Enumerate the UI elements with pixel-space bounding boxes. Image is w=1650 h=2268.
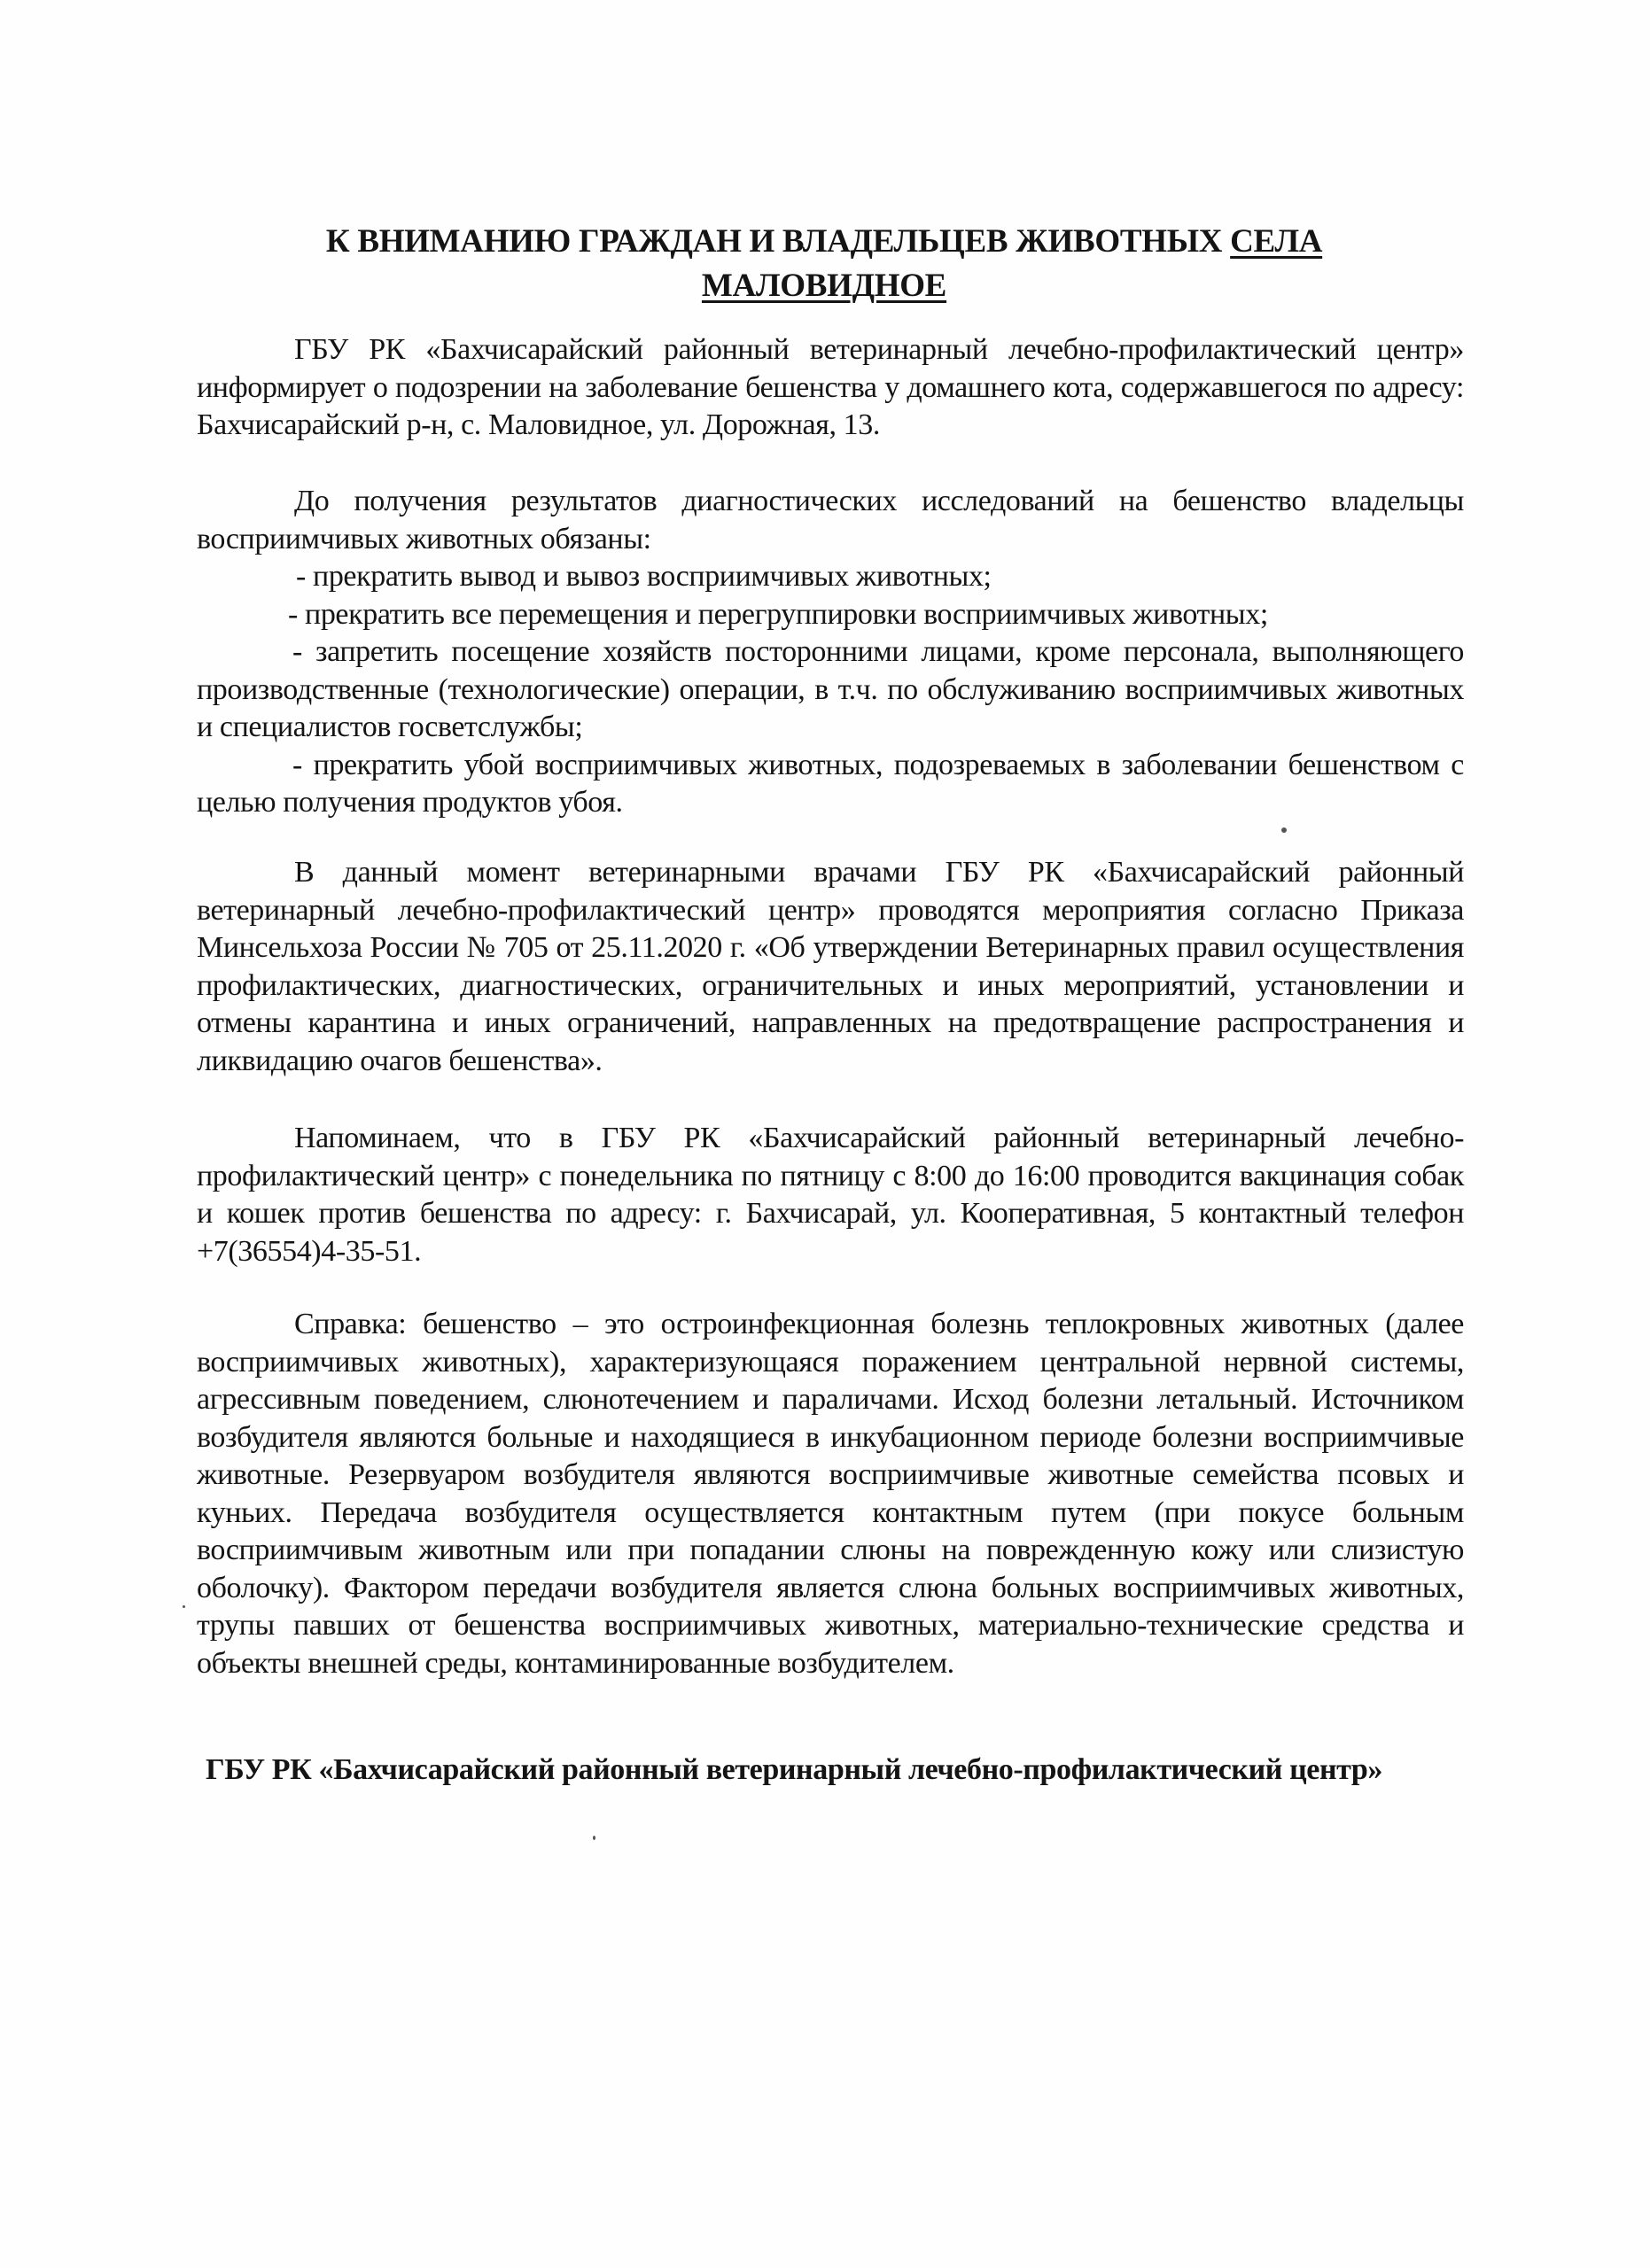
- title-line-1: К ВНИМАНИЮ ГРАЖДАН И ВЛАДЕЛЬЦЕВ ЖИВОТНЫХ: [326, 223, 1230, 260]
- scan-speck: [183, 1605, 185, 1608]
- scan-speck: [1281, 827, 1287, 833]
- document-title: К ВНИМАНИЮ ГРАЖДАН И ВЛАДЕЛЬЦЕВ ЖИВОТНЫХ…: [204, 220, 1444, 308]
- title-village-name: МАЛОВИДНОЕ: [702, 268, 946, 304]
- title-underlined-village-word: СЕЛА: [1230, 223, 1322, 260]
- scan-speck: [593, 1836, 595, 1840]
- obligation-item: - прекратить все перемещения и перегрупп…: [197, 596, 1464, 634]
- paragraph-obligations-lead: До получения результатов диагностических…: [197, 483, 1464, 558]
- obligations-list: - прекратить вывод и вывоз восприимчивых…: [197, 558, 1464, 822]
- obligation-item: - запретить посещение хозяйств посторонн…: [197, 633, 1464, 747]
- paragraph-intro: ГБУ РК «Бахчисарайский районный ветерина…: [197, 331, 1464, 445]
- paragraph-measures: В данный момент ветеринарными врачами ГБ…: [197, 854, 1464, 1080]
- paragraph-vaccination: Напоминаем, что в ГБУ РК «Бахчисарайский…: [197, 1120, 1464, 1270]
- paragraph-reference: Справка: бешенство – это остроинфекционн…: [197, 1306, 1464, 1682]
- signature-organization: ГБУ РК «Бахчисарайский районный ветерина…: [206, 1751, 1446, 1790]
- scanned-page: К ВНИМАНИЮ ГРАЖДАН И ВЛАДЕЛЬЦЕВ ЖИВОТНЫХ…: [0, 0, 1650, 2268]
- obligation-item: - прекратить убой восприимчивых животных…: [197, 747, 1464, 822]
- obligation-item: - прекратить вывод и вывоз восприимчивых…: [197, 558, 1464, 596]
